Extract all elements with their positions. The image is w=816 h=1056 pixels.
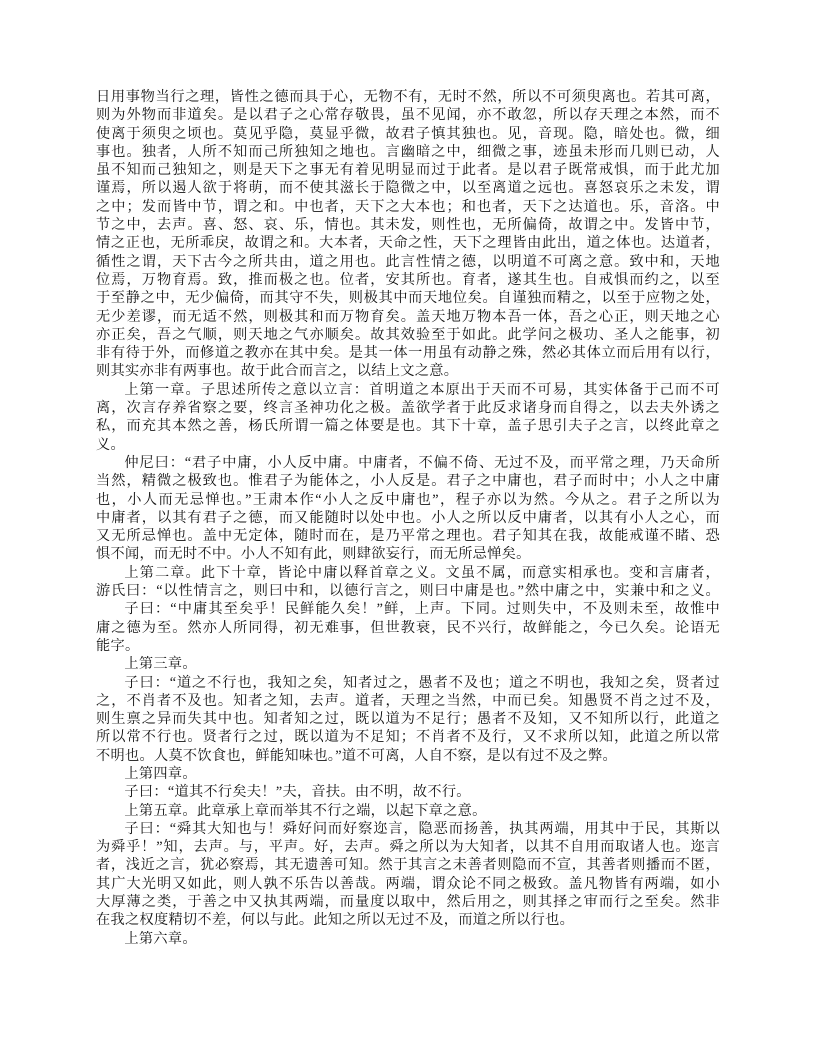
text-line: 子曰：“中庸其至矣乎！民鲜能久矣！”鲜，上声。下同。过则失中，不及则未至，故惟中 [96, 600, 720, 618]
text-line: 义。 [96, 436, 720, 454]
text-line: 则为外物而非道矣。是以君子之心常存敬畏，虽不见闻，亦不敢忽，所以存天理之本然，而… [96, 106, 720, 124]
text-line: 日用事物当行之理，皆性之德而具于心，无物不有，无时不然，所以不可须臾离也。若其可… [96, 88, 720, 106]
text-line: 之，不肖者不及也。知者之知，去声。道者，天理之当然，中而已矣。知愚贤不肖之过不及… [96, 692, 720, 710]
document-text-block: 日用事物当行之理，皆性之德而具于心，无物不有，无时不然，所以不可须臾离也。若其可… [96, 88, 720, 948]
text-line: 虽不知而己独知之，则是天下之事无有着见明显而过于此者。是以君子既常戒惧，而于此尤… [96, 161, 720, 179]
text-line: 亦正矣，吾之气顺，则天地之气亦顺矣。故其效验至于如此。此学问之极功、圣人之能事，… [96, 326, 720, 344]
text-line: 私，而充其本然之善，杨氏所谓一篇之体要是也。其下十章，盖子思引夫子之言，以终此章… [96, 417, 720, 435]
text-line: 位焉，万物育焉。致，推而极之也。位者，安其所也。育者，遂其生也。自戒惧而约之，以… [96, 271, 720, 289]
text-line: 为舜乎！”知，去声。与，平声。好，去声。舜之所以为大知者，以其不自用而取诸人也。… [96, 838, 720, 856]
text-line: 则其实亦非有两事也。故于此合而言之，以结上文之意。 [96, 362, 720, 380]
text-line: 子曰：“道之不行也，我知之矣，知者过之，愚者不及也；道之不明也，我知之矣，贤者过 [96, 674, 720, 692]
text-line: 能字。 [96, 637, 720, 655]
text-line: 情之正也，无所乖戾，故谓之和。大本者，天命之性，天下之理皆由此出，道之体也。达道… [96, 234, 720, 252]
text-line: 谨焉，所以遏人欲于将萌，而不使其滋长于隐微之中，以至离道之远也。喜怒哀乐之未发，… [96, 179, 720, 197]
text-line: 者，浅近之言，犹必察焉，其无遗善可知。然于其言之未善者则隐而不宣，其善者则播而不… [96, 856, 720, 874]
text-line: 上第一章。子思述所传之意以立言：首明道之本原出于天而不可易，其实体备于己而不可 [96, 381, 720, 399]
text-line: 其广大光明又如此，则人孰不乐告以善哉。两端，谓众论不同之极致。盖凡物皆有两端，如… [96, 875, 720, 893]
text-line: 无少差谬，而无适不然，则极其和而万物育矣。盖天地万物本吾一体，吾之心正，则天地之… [96, 308, 720, 326]
text-line: 之中；发而皆中节，谓之和。中也者，天下之大本也；和也者，天下之达道也。乐，音洛。… [96, 198, 720, 216]
document-page: 日用事物当行之理，皆性之德而具于心，无物不有，无时不然，所以不可须臾离也。若其可… [0, 0, 816, 1056]
text-line: 也，小人而无忌惮也。”王肃本作“小人之反中庸也”，程子亦以为然。今从之。君子之所… [96, 491, 720, 509]
text-line: 中庸者，以其有君子之德，而又能随时以处中也。小人之所以反中庸者，以其有小人之心，… [96, 509, 720, 527]
text-line: 惧不闻，而无时不中。小人不知有此，则肆欲妄行，而无所忌惮矣。 [96, 545, 720, 563]
text-line: 大厚薄之类，于善之中又执其两端，而量度以取中，然后用之，则其择之审而行之至矣。然… [96, 893, 720, 911]
text-line: 游氏曰：“以性情言之，则曰中和，以德行言之，则曰中庸是也。”然中庸之中，实兼中和… [96, 582, 720, 600]
text-line: 循性之谓，天下古今之所共由，道之用也。此言性情之德，以明道不可离之意。致中和，天… [96, 253, 720, 271]
text-line: 上第六章。 [96, 930, 720, 948]
text-line: 子曰：“舜其大知也与！舜好问而好察迩言，隐恶而扬善，执其两端，用其中于民，其斯以 [96, 820, 720, 838]
text-line: 仲尼曰：“君子中庸，小人反中庸。中庸者，不偏不倚、无过不及，而平常之理，乃天命所 [96, 454, 720, 472]
text-line: 在我之权度精切不差，何以与此。此知之所以无过不及，而道之所以行也。 [96, 911, 720, 929]
text-line: 所以常不行也。贤者行之过，既以道为不足知；不肖者不及行，又不求所以知，此道之所以… [96, 728, 720, 746]
text-line: 非有待于外，而修道之教亦在其中矣。是其一体一用虽有动静之殊，然必其体立而后用有以… [96, 344, 720, 362]
text-line: 上第四章。 [96, 765, 720, 783]
text-line: 于至静之中，无少偏倚，而其守不失，则极其中而天地位矣。自谨独而精之，以至于应物之… [96, 289, 720, 307]
text-line: 上第二章。此下十章，皆论中庸以释首章之义。文虽不属，而意实相承也。变和言庸者， [96, 564, 720, 582]
text-line: 不明也。人莫不饮食也，鲜能知味也。”道不可离，人自不察，是以有过不及之弊。 [96, 747, 720, 765]
text-line: 庸之德为至。然亦人所同得，初无难事，但世教衰，民不兴行，故鲜能之，今已久矣。论语… [96, 619, 720, 637]
text-line: 又无所忌惮也。盖中无定体，随时而在，是乃平常之理也。君子知其在我，故能戒谨不睹、… [96, 527, 720, 545]
text-line: 则生禀之异而失其中也。知者知之过，既以道为不足行；愚者不及知，又不知所以行，此道… [96, 710, 720, 728]
text-line: 事也。独者，人所不知而己所独知之地也。言幽暗之中，细微之事，迹虽未形而几则已动，… [96, 143, 720, 161]
text-line: 离，次言存养省察之要，终言圣神功化之极。盖欲学者于此反求诸身而自得之，以去夫外诱… [96, 399, 720, 417]
text-line: 子曰：“道其不行矣夫！”夫，音扶。由不明，故不行。 [96, 783, 720, 801]
text-line: 使离于须臾之顷也。莫见乎隐，莫显乎微，故君子慎其独也。见，音现。隐，暗处也。微，… [96, 125, 720, 143]
text-line: 上第五章。此章承上章而举其不行之端，以起下章之意。 [96, 802, 720, 820]
text-line: 当然，精微之极致也。惟君子为能体之，小人反是。君子之中庸也，君子而时中；小人之中… [96, 472, 720, 490]
text-line: 上第三章。 [96, 655, 720, 673]
text-line: 节之中，去声。喜、怒、哀、乐，情也。其未发，则性也，无所偏倚，故谓之中。发皆中节… [96, 216, 720, 234]
